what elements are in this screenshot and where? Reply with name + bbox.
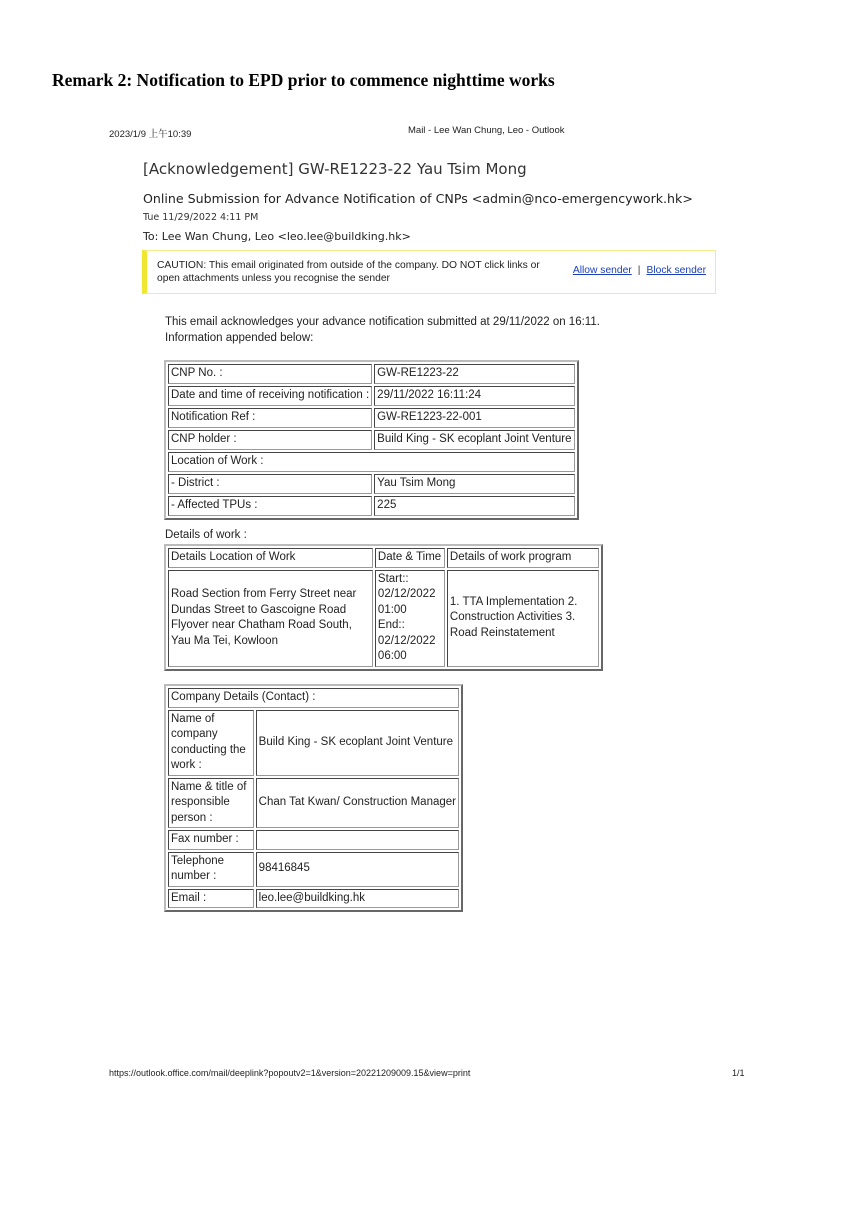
- table-row: Notification Ref : GW-RE1223-22-001: [168, 408, 575, 428]
- row-label: Telephone number :: [168, 852, 254, 887]
- end-time: 06:00: [378, 649, 442, 665]
- table-row: Fax number :: [168, 830, 459, 850]
- row-label: Date and time of receiving notification …: [168, 386, 372, 406]
- row-label: - District :: [168, 474, 372, 494]
- caution-banner: CAUTION: This email originated from outs…: [142, 250, 716, 294]
- row-value: 29/11/2022 16:11:24: [374, 386, 574, 406]
- page-number: 1/1: [732, 1068, 745, 1078]
- company-details-header: Company Details (Contact) :: [168, 688, 459, 708]
- email-sender: Online Submission for Advance Notificati…: [143, 191, 693, 206]
- start-label: Start::: [378, 572, 442, 588]
- row-label: Name of company conducting the work :: [168, 710, 254, 776]
- table-row: Road Section from Ferry Street near Dund…: [168, 570, 599, 667]
- remark-title: Remark 2: Notification to EPD prior to c…: [52, 70, 555, 91]
- row-label: Fax number :: [168, 830, 254, 850]
- table-row: Email : leo.lee@buildking.hk: [168, 889, 459, 909]
- end-date: 02/12/2022: [378, 634, 442, 650]
- print-header-title: Mail - Lee Wan Chung, Leo - Outlook: [408, 125, 564, 136]
- table-row: CNP No. : GW-RE1223-22: [168, 364, 575, 384]
- row-value: GW-RE1223-22: [374, 364, 574, 384]
- table-row: Name & title of responsible person : Cha…: [168, 778, 459, 829]
- caution-links: Allow sender|Block sender: [573, 265, 706, 276]
- work-date-time: Start:: 02/12/2022 01:00 End:: 02/12/202…: [375, 570, 445, 667]
- column-header: Date & Time: [375, 548, 445, 568]
- intro-line-1: This email acknowledges your advance not…: [165, 314, 600, 330]
- details-of-work-label: Details of work :: [165, 529, 247, 541]
- print-date: 2023/1/9 上午10:39: [109, 126, 191, 140]
- end-label: End::: [378, 618, 442, 634]
- work-program: 1. TTA Implementation 2. Construction Ac…: [447, 570, 599, 667]
- location-header: Location of Work :: [168, 452, 575, 472]
- row-label: - Affected TPUs :: [168, 496, 372, 516]
- row-label: CNP holder :: [168, 430, 372, 450]
- table-row: Location of Work :: [168, 452, 575, 472]
- row-value: Build King - SK ecoplant Joint Venture: [374, 430, 574, 450]
- table-row: - Affected TPUs : 225: [168, 496, 575, 516]
- link-separator: |: [638, 265, 641, 276]
- start-time: 01:00: [378, 603, 442, 619]
- row-label: Notification Ref :: [168, 408, 372, 428]
- table-header-row: Details Location of Work Date & Time Det…: [168, 548, 599, 568]
- email-recipient: To: Lee Wan Chung, Leo <leo.lee@buildkin…: [143, 230, 411, 243]
- row-label: Name & title of responsible person :: [168, 778, 254, 829]
- row-value: GW-RE1223-22-001: [374, 408, 574, 428]
- intro-line-2: Information appended below:: [165, 330, 600, 346]
- details-of-work-table: Details Location of Work Date & Time Det…: [164, 544, 603, 671]
- intro-text: This email acknowledges your advance not…: [165, 314, 600, 346]
- column-header: Details of work program: [447, 548, 599, 568]
- table-row: Name of company conducting the work : Bu…: [168, 710, 459, 776]
- row-value: Build King - SK ecoplant Joint Venture: [256, 710, 459, 776]
- work-location: Road Section from Ferry Street near Dund…: [168, 570, 373, 667]
- row-value: leo.lee@buildking.hk: [256, 889, 459, 909]
- caution-text: CAUTION: This email originated from outs…: [157, 260, 557, 285]
- row-label: Email :: [168, 889, 254, 909]
- start-date: 02/12/2022: [378, 587, 442, 603]
- block-sender-link[interactable]: Block sender: [646, 265, 706, 276]
- table-row: Telephone number : 98416845: [168, 852, 459, 887]
- row-value: 98416845: [256, 852, 459, 887]
- row-value: [256, 830, 459, 850]
- table-row: Date and time of receiving notification …: [168, 386, 575, 406]
- row-value: Yau Tsim Mong: [374, 474, 574, 494]
- print-footer-url: https://outlook.office.com/mail/deeplink…: [109, 1068, 470, 1078]
- table-header-row: Company Details (Contact) :: [168, 688, 459, 708]
- table-row: CNP holder : Build King - SK ecoplant Jo…: [168, 430, 575, 450]
- email-sent-date: Tue 11/29/2022 4:11 PM: [143, 212, 258, 223]
- notification-table: CNP No. : GW-RE1223-22 Date and time of …: [164, 360, 579, 520]
- row-value: Chan Tat Kwan/ Construction Manager: [256, 778, 459, 829]
- company-details-table: Company Details (Contact) : Name of comp…: [164, 684, 463, 912]
- email-subject: [Acknowledgement] GW-RE1223-22 Yau Tsim …: [143, 160, 527, 178]
- table-row: - District : Yau Tsim Mong: [168, 474, 575, 494]
- column-header: Details Location of Work: [168, 548, 373, 568]
- row-label: CNP No. :: [168, 364, 372, 384]
- row-value: 225: [374, 496, 574, 516]
- allow-sender-link[interactable]: Allow sender: [573, 265, 632, 276]
